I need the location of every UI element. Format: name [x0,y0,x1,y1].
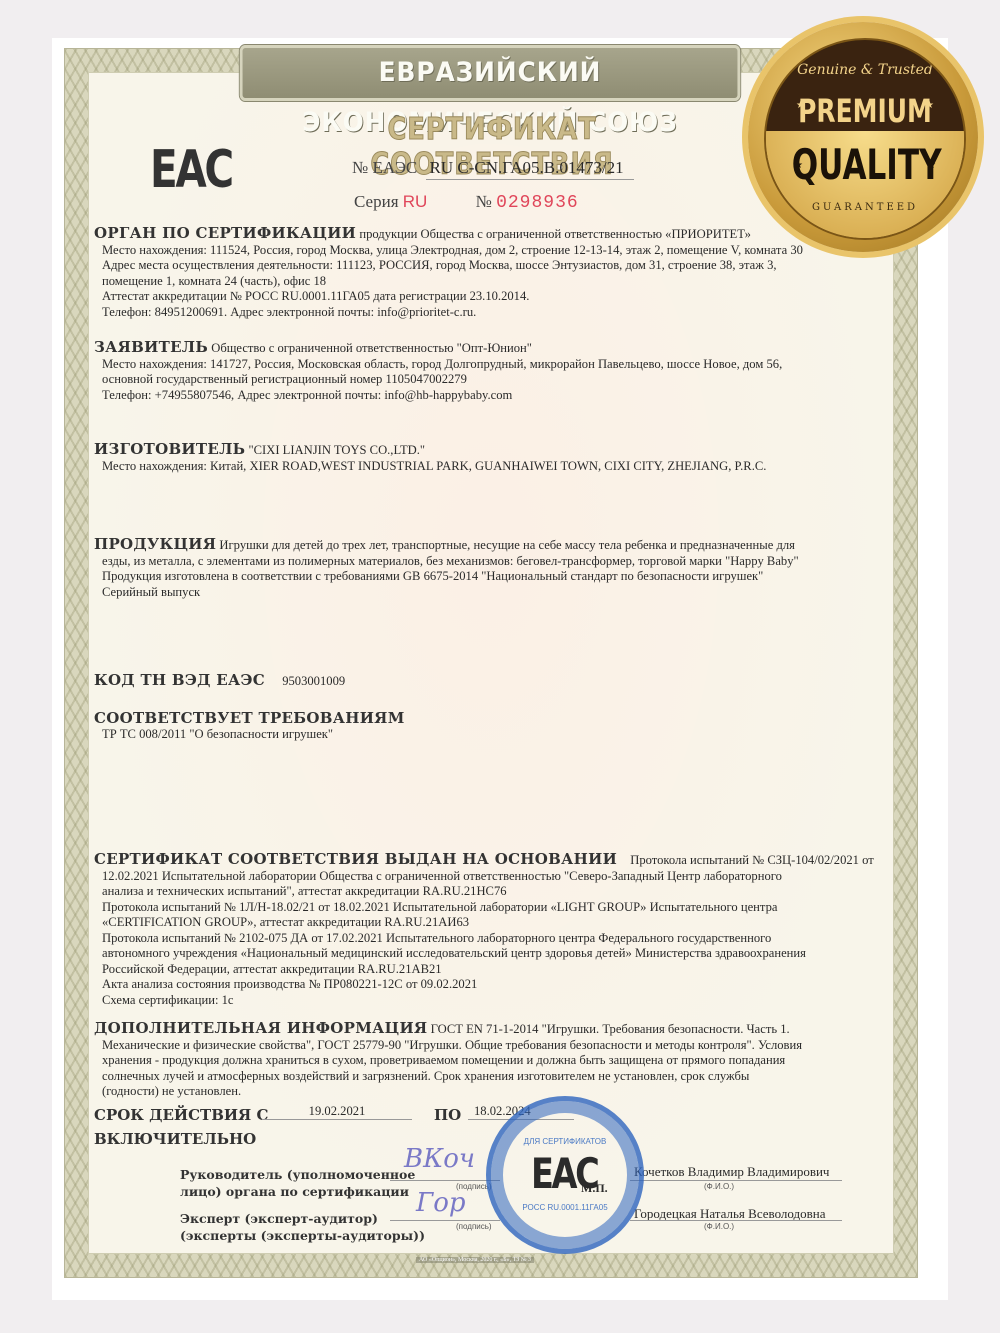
section-line: Телефон: 84951200691. Адрес электронной … [94,305,874,321]
section-line: Механические и физические свойства", ГОС… [94,1038,874,1054]
section-line: Место нахождения: 141727, Россия, Москов… [94,357,874,373]
section-heading: ДОПОЛНИТЕЛЬНАЯ ИНФОРМАЦИЯ [94,1019,427,1037]
section-line: Место нахождения: Китай, XIER ROAD,WEST … [94,459,874,475]
section-line: Серийный выпуск [94,585,874,601]
name-caption: (Ф.И.О.) [704,1222,734,1231]
star-icon: ★ [796,100,805,111]
registration-line: № ЕАЭС RU C-CN.ГА05.В.01473/21 [352,158,634,180]
expert-signature-line [390,1220,500,1221]
section-line: Российской Федерации, аттестат аккредита… [94,962,874,978]
badge-arc-text: Genuine & Trusted [766,62,964,78]
official-stamp: ДЛЯ СЕРТИФИКАТОВ EAC М.П. РОСС RU.0001.1… [486,1096,644,1254]
section-intro: Общество с ограниченной ответственностью… [211,341,532,355]
section-line: помещение 1, комната 24 (часть), офис 18 [94,274,874,290]
section-line: Протокола испытаний № 1Л/Н-18.02/21 от 1… [94,900,874,916]
star-icon: ★ [794,160,803,171]
section-basis: СЕРТИФИКАТ СООТВЕТСТВИЯ ВЫДАН НА ОСНОВАН… [94,852,874,1008]
section-line: Телефон: +74955807546, Адрес электронной… [94,388,874,404]
expert-label-line-1: Эксперт (эксперт-аудитор) [180,1210,425,1227]
section-line: Акта анализа состояния производства № ПР… [94,977,874,993]
expert-signature: Гор [416,1188,466,1218]
union-banner: ЕВРАЗИЙСКИЙ ЭКОНОМИЧЕСКИЙ СОЮЗ [240,45,740,101]
printer-line: АО «Опцион», Москва, 2020 г., «Б», ТЗ № … [416,1257,534,1263]
head-name-line [630,1180,842,1181]
section-heading: СООТВЕТСТВУЕТ ТРЕБОВАНИЯМ [94,711,874,727]
signature-caption: (подпись) [456,1222,492,1231]
section-intro: продукции Общества с ограниченной ответс… [359,227,751,241]
stamp-top-text: ДЛЯ СЕРТИФИКАТОВ [491,1137,639,1146]
number-label: № [476,192,492,211]
section-heading: СЕРТИФИКАТ СООТВЕТСТВИЯ ВЫДАН НА ОСНОВАН… [94,850,617,868]
section-line: основной государственный регистрационный… [94,372,874,388]
head-name: Кочетков Владимир Владимирович [634,1164,829,1180]
section-compliance: СООТВЕТСТВУЕТ ТРЕБОВАНИЯМ ТР ТС 008/2011… [94,711,874,742]
star-icon: ★ [925,100,934,111]
section-product: ПРОДУКЦИЯ Игрушки для детей до трех лет,… [94,537,874,600]
section-intro: Протокола испытаний № СЗЦ-104/02/2021 от [630,853,874,867]
badge-premium-text: PREMIUM [788,92,942,130]
premium-quality-badge: Genuine & Trusted PREMIUM QUALITY GUARAN… [748,22,978,252]
hs-code-value: 9503001009 [282,674,345,688]
head-signature-line [390,1180,500,1181]
head-label: Руководитель (уполномоченное лицо) орган… [180,1166,415,1200]
section-intro: Игрушки для детей до трех лет, транспорт… [219,538,795,552]
expert-label-line-2: (эксперты (эксперты-аудиторы)) [180,1227,425,1244]
head-label-line-2: лицо) органа по сертификации [180,1183,415,1200]
registration-label: № ЕАЭС [352,158,417,177]
section-line: анализа и технических испытаний", аттест… [94,884,874,900]
section-line: Адрес места осуществления деятельности: … [94,258,874,274]
stamp-bottom-text: РОСС RU.0001.11ГА05 [491,1203,639,1212]
section-line: (годности) не установлен. [94,1084,874,1100]
section-intro: ГОСТ EN 71-1-2014 "Игрушки. Требования б… [431,1022,790,1036]
section-line: Схема сертификации: 1с [94,993,874,1009]
series-value: RU [403,192,428,211]
star-icon: ★ [927,160,936,171]
section-intro: "CIXI LIANJIN TOYS CO.,LTD." [249,443,426,457]
validity-to-label: ПО [434,1106,461,1124]
validity-from-label: СРОК ДЕЙСТВИЯ С [94,1106,268,1124]
section-heading: КОД ТН ВЭД ЕАЭС [94,671,265,689]
section-heading: ОРГАН ПО СЕРТИФИКАЦИИ [94,224,356,242]
eac-logo-icon: EAC [150,140,200,200]
badge-quality-text: QUALITY [792,140,939,189]
stamp-mp: М.П. [581,1181,608,1196]
section-hs-code: КОД ТН ВЭД ЕАЭС 9503001009 [94,673,874,690]
badge-guaranteed-text: GUARANTEED [766,202,964,213]
section-line: Место нахождения: 111524, Россия, город … [94,243,874,259]
section-line: ТР ТС 008/2011 "О безопасности игрушек" [94,727,874,743]
section-additional-info: ДОПОЛНИТЕЛЬНАЯ ИНФОРМАЦИЯ ГОСТ EN 71-1-2… [94,1021,874,1100]
section-line: «CERTIFICATION GROUP», аттестат аккредит… [94,915,874,931]
head-label-line-1: Руководитель (уполномоченное [180,1166,415,1183]
section-applicant: ЗАЯВИТЕЛЬ Общество с ограниченной ответс… [94,340,874,403]
certificate-number: 0298936 [496,193,579,213]
section-heading: ЗАЯВИТЕЛЬ [94,338,208,356]
section-line: 12.02.2021 Испытательной лаборатории Общ… [94,869,874,885]
series-label: Серия [354,192,399,211]
series-line: Серия RU № 0298936 [354,192,579,213]
section-line: Продукция изготовлена в соответствии с т… [94,569,874,585]
section-line: солнечных лучей и атмосферных воздействи… [94,1069,874,1085]
section-line: езды, из металла, с элементами из полиме… [94,554,874,570]
section-line: Протокола испытаний № 2102-075 ДА от 17.… [94,931,874,947]
section-line: автономного учреждения «Национальный мед… [94,946,874,962]
section-heading: ИЗГОТОВИТЕЛЬ [94,440,245,458]
expert-name-line [630,1220,842,1221]
head-signature: ВКоч [404,1144,475,1174]
badge-inner: Genuine & Trusted PREMIUM QUALITY GUARAN… [764,38,966,240]
validity-from-date: 19.02.2021 [262,1104,412,1120]
validity-inclusive-label: ВКЛЮЧИТЕЛЬНО [94,1130,256,1148]
section-line: Аттестат аккредитации № РОСС RU.0001.11Г… [94,289,874,305]
section-heading: ПРОДУКЦИЯ [94,535,216,553]
section-line: хранения - продукция должна храниться в … [94,1053,874,1069]
registration-number: RU C-CN.ГА05.В.01473/21 [426,158,634,180]
section-manufacturer: ИЗГОТОВИТЕЛЬ "CIXI LIANJIN TOYS CO.,LTD.… [94,442,874,474]
expert-label: Эксперт (эксперт-аудитор) (эксперты (экс… [180,1210,425,1244]
section-certification-body: ОРГАН ПО СЕРТИФИКАЦИИ продукции Общества… [94,226,874,320]
name-caption: (Ф.И.О.) [704,1182,734,1191]
